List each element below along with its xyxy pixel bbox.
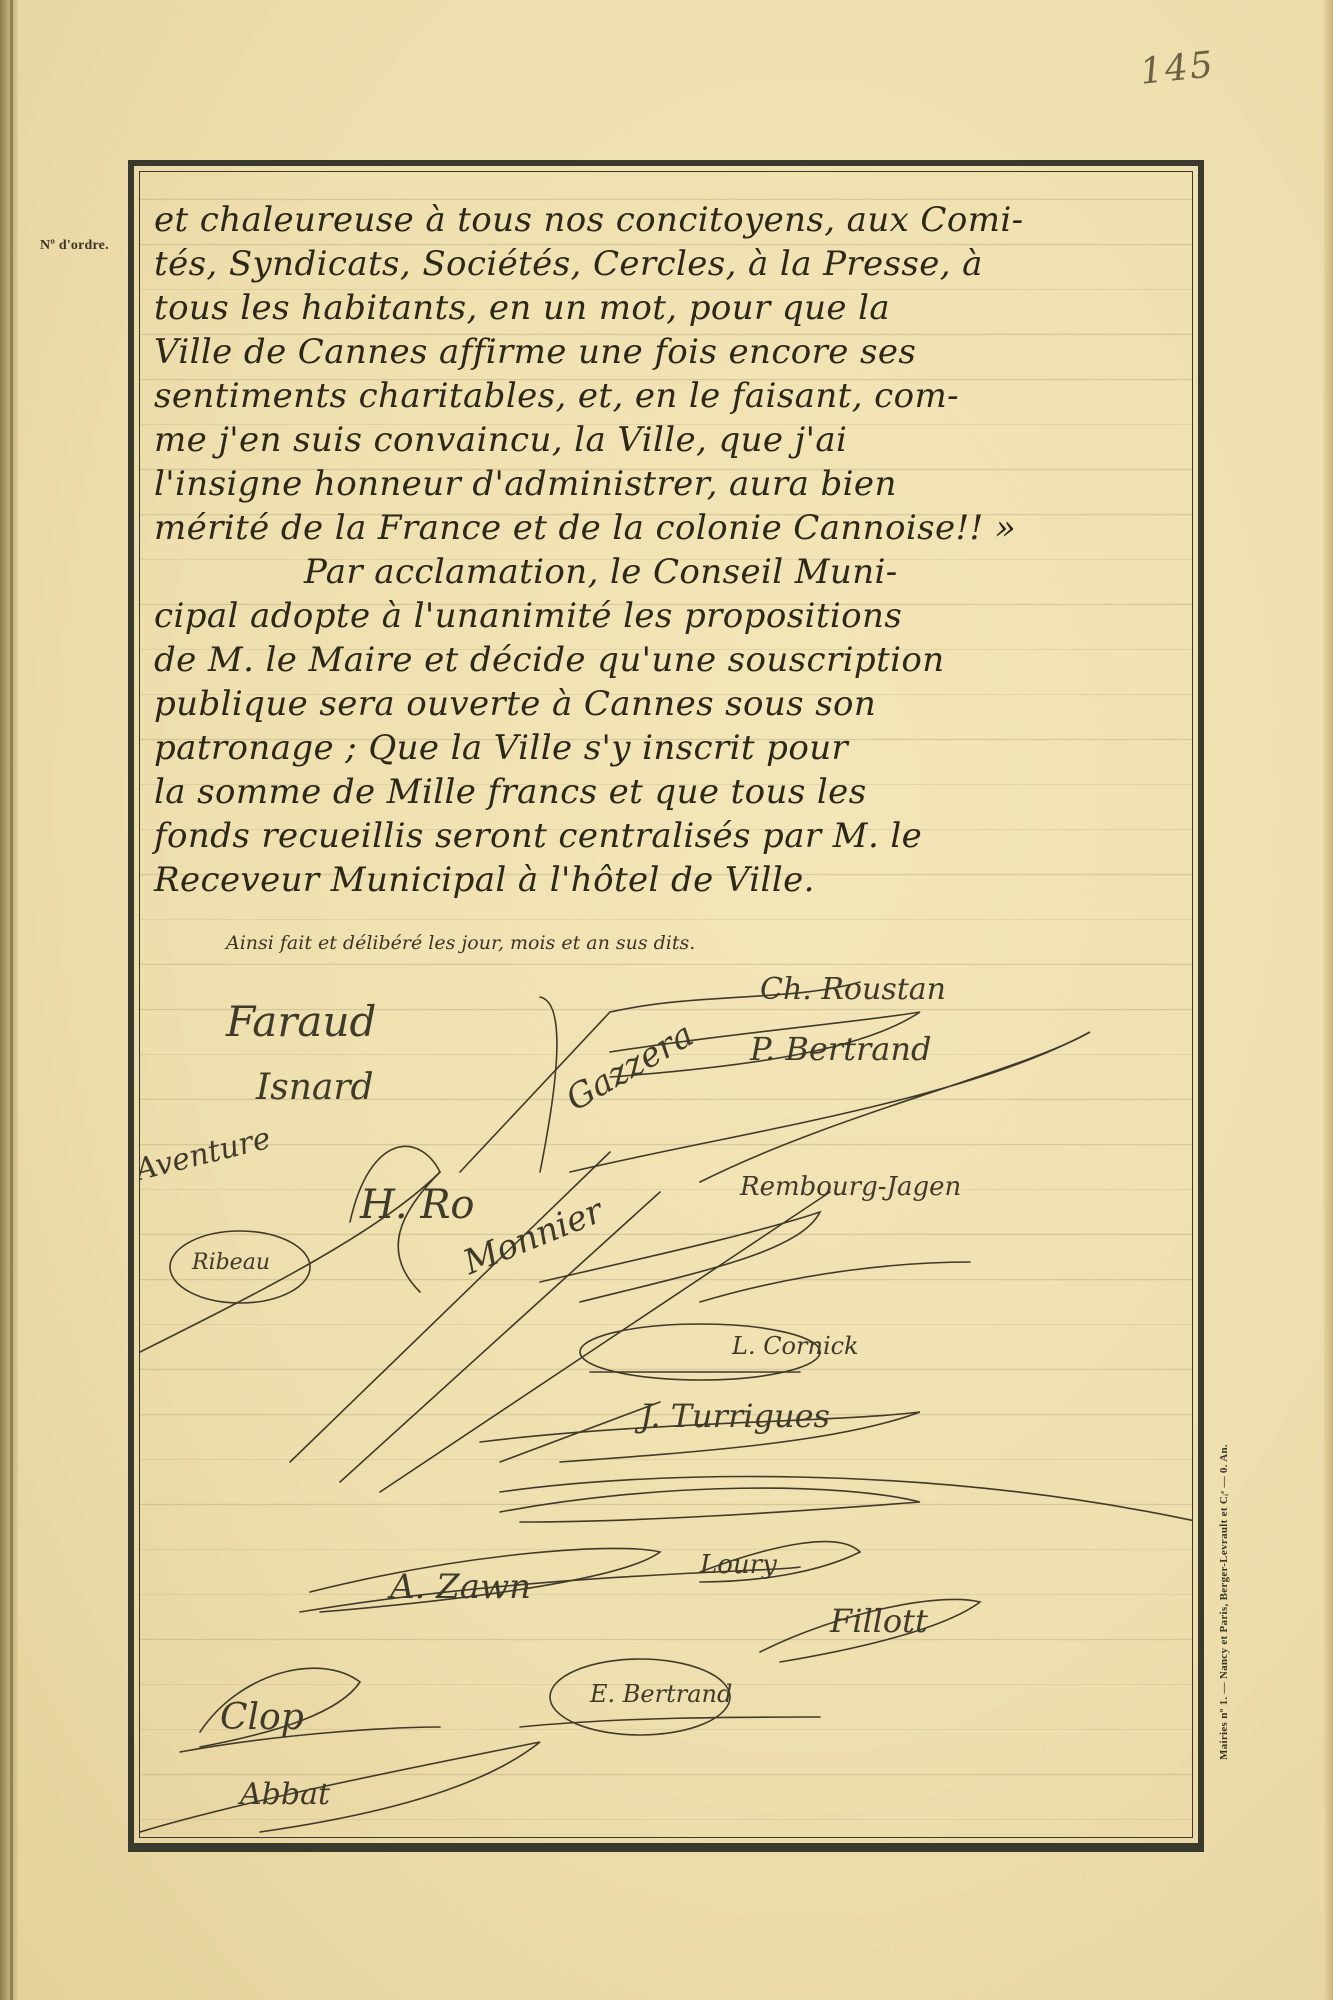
text-line: sentiments charitables, et, en le faisan…	[154, 374, 1186, 418]
text-line: mérité de la France et de la colonie Can…	[154, 506, 1186, 550]
signature: Clop	[220, 1697, 304, 1738]
text-line: Ville de Cannes affirme une fois encore …	[154, 330, 1186, 374]
signature: E. Bertrand	[590, 1680, 732, 1708]
text-line: patronage ; Que la Ville s'y inscrit pou…	[154, 726, 1186, 770]
signature: Isnard	[256, 1067, 374, 1108]
signature: Aventure	[139, 1121, 274, 1188]
closing-formula: Ainsi fait et délibéré les jour, mois et…	[226, 932, 695, 954]
text-line: fonds recueillis seront centralisés par …	[154, 814, 1186, 858]
signature: L. Cornick	[732, 1332, 859, 1360]
text-line: la somme de Mille francs et que tous les	[154, 770, 1186, 814]
signature: A. Zawn	[390, 1567, 531, 1607]
signature: Faraud	[226, 997, 376, 1046]
text-line: et chaleureuse à tous nos concitoyens, a…	[154, 198, 1186, 242]
ordre-number-label: Nº d'ordre.	[40, 238, 109, 254]
text-line: publique sera ouverte à Cannes sous son	[154, 682, 1186, 726]
text-line: tous les habitants, en un mot, pour que …	[154, 286, 1186, 330]
page-number: 145	[1138, 44, 1217, 93]
text-line: Receveur Municipal à l'hôtel de Ville.	[154, 858, 1186, 902]
signature: Monnier	[458, 1191, 609, 1283]
signature: J. Turrigues	[640, 1397, 830, 1435]
signature: Ch. Roustan	[760, 972, 946, 1007]
signature: H. Ro	[360, 1182, 475, 1228]
signature: Loury	[700, 1550, 777, 1580]
printer-imprint: Mairies nº 1. — Nancy et Paris, Berger-L…	[1218, 1444, 1230, 1760]
signature: Fillott	[830, 1602, 928, 1640]
page-right-edge	[1323, 0, 1333, 2000]
text-line: cipal adopte à l'unanimité les propositi…	[154, 594, 1186, 638]
signature: Gazzera	[559, 1015, 700, 1120]
signature: Rembourg-Jagen	[740, 1172, 961, 1202]
book-binding-edge	[0, 0, 18, 2000]
paragraph-start-line: Par acclamation, le Conseil Muni-	[154, 550, 1186, 594]
text-line: me j'en suis convaincu, la Ville, que j'…	[154, 418, 1186, 462]
signature: P. Bertrand	[750, 1030, 931, 1068]
ruled-writing-area: et chaleureuse à tous nos concitoyens, a…	[139, 171, 1193, 1838]
text-line: de M. le Maire et décide qu'une souscrip…	[154, 638, 1186, 682]
text-line: l'insigne honneur d'administrer, aura bi…	[154, 462, 1186, 506]
signature: Ribeau	[192, 1250, 270, 1275]
register-frame: et chaleureuse à tous nos concitoyens, a…	[128, 160, 1204, 1852]
text-line: tés, Syndicats, Sociétés, Cercles, à la …	[154, 242, 1186, 286]
signature: Abbat	[240, 1777, 330, 1812]
